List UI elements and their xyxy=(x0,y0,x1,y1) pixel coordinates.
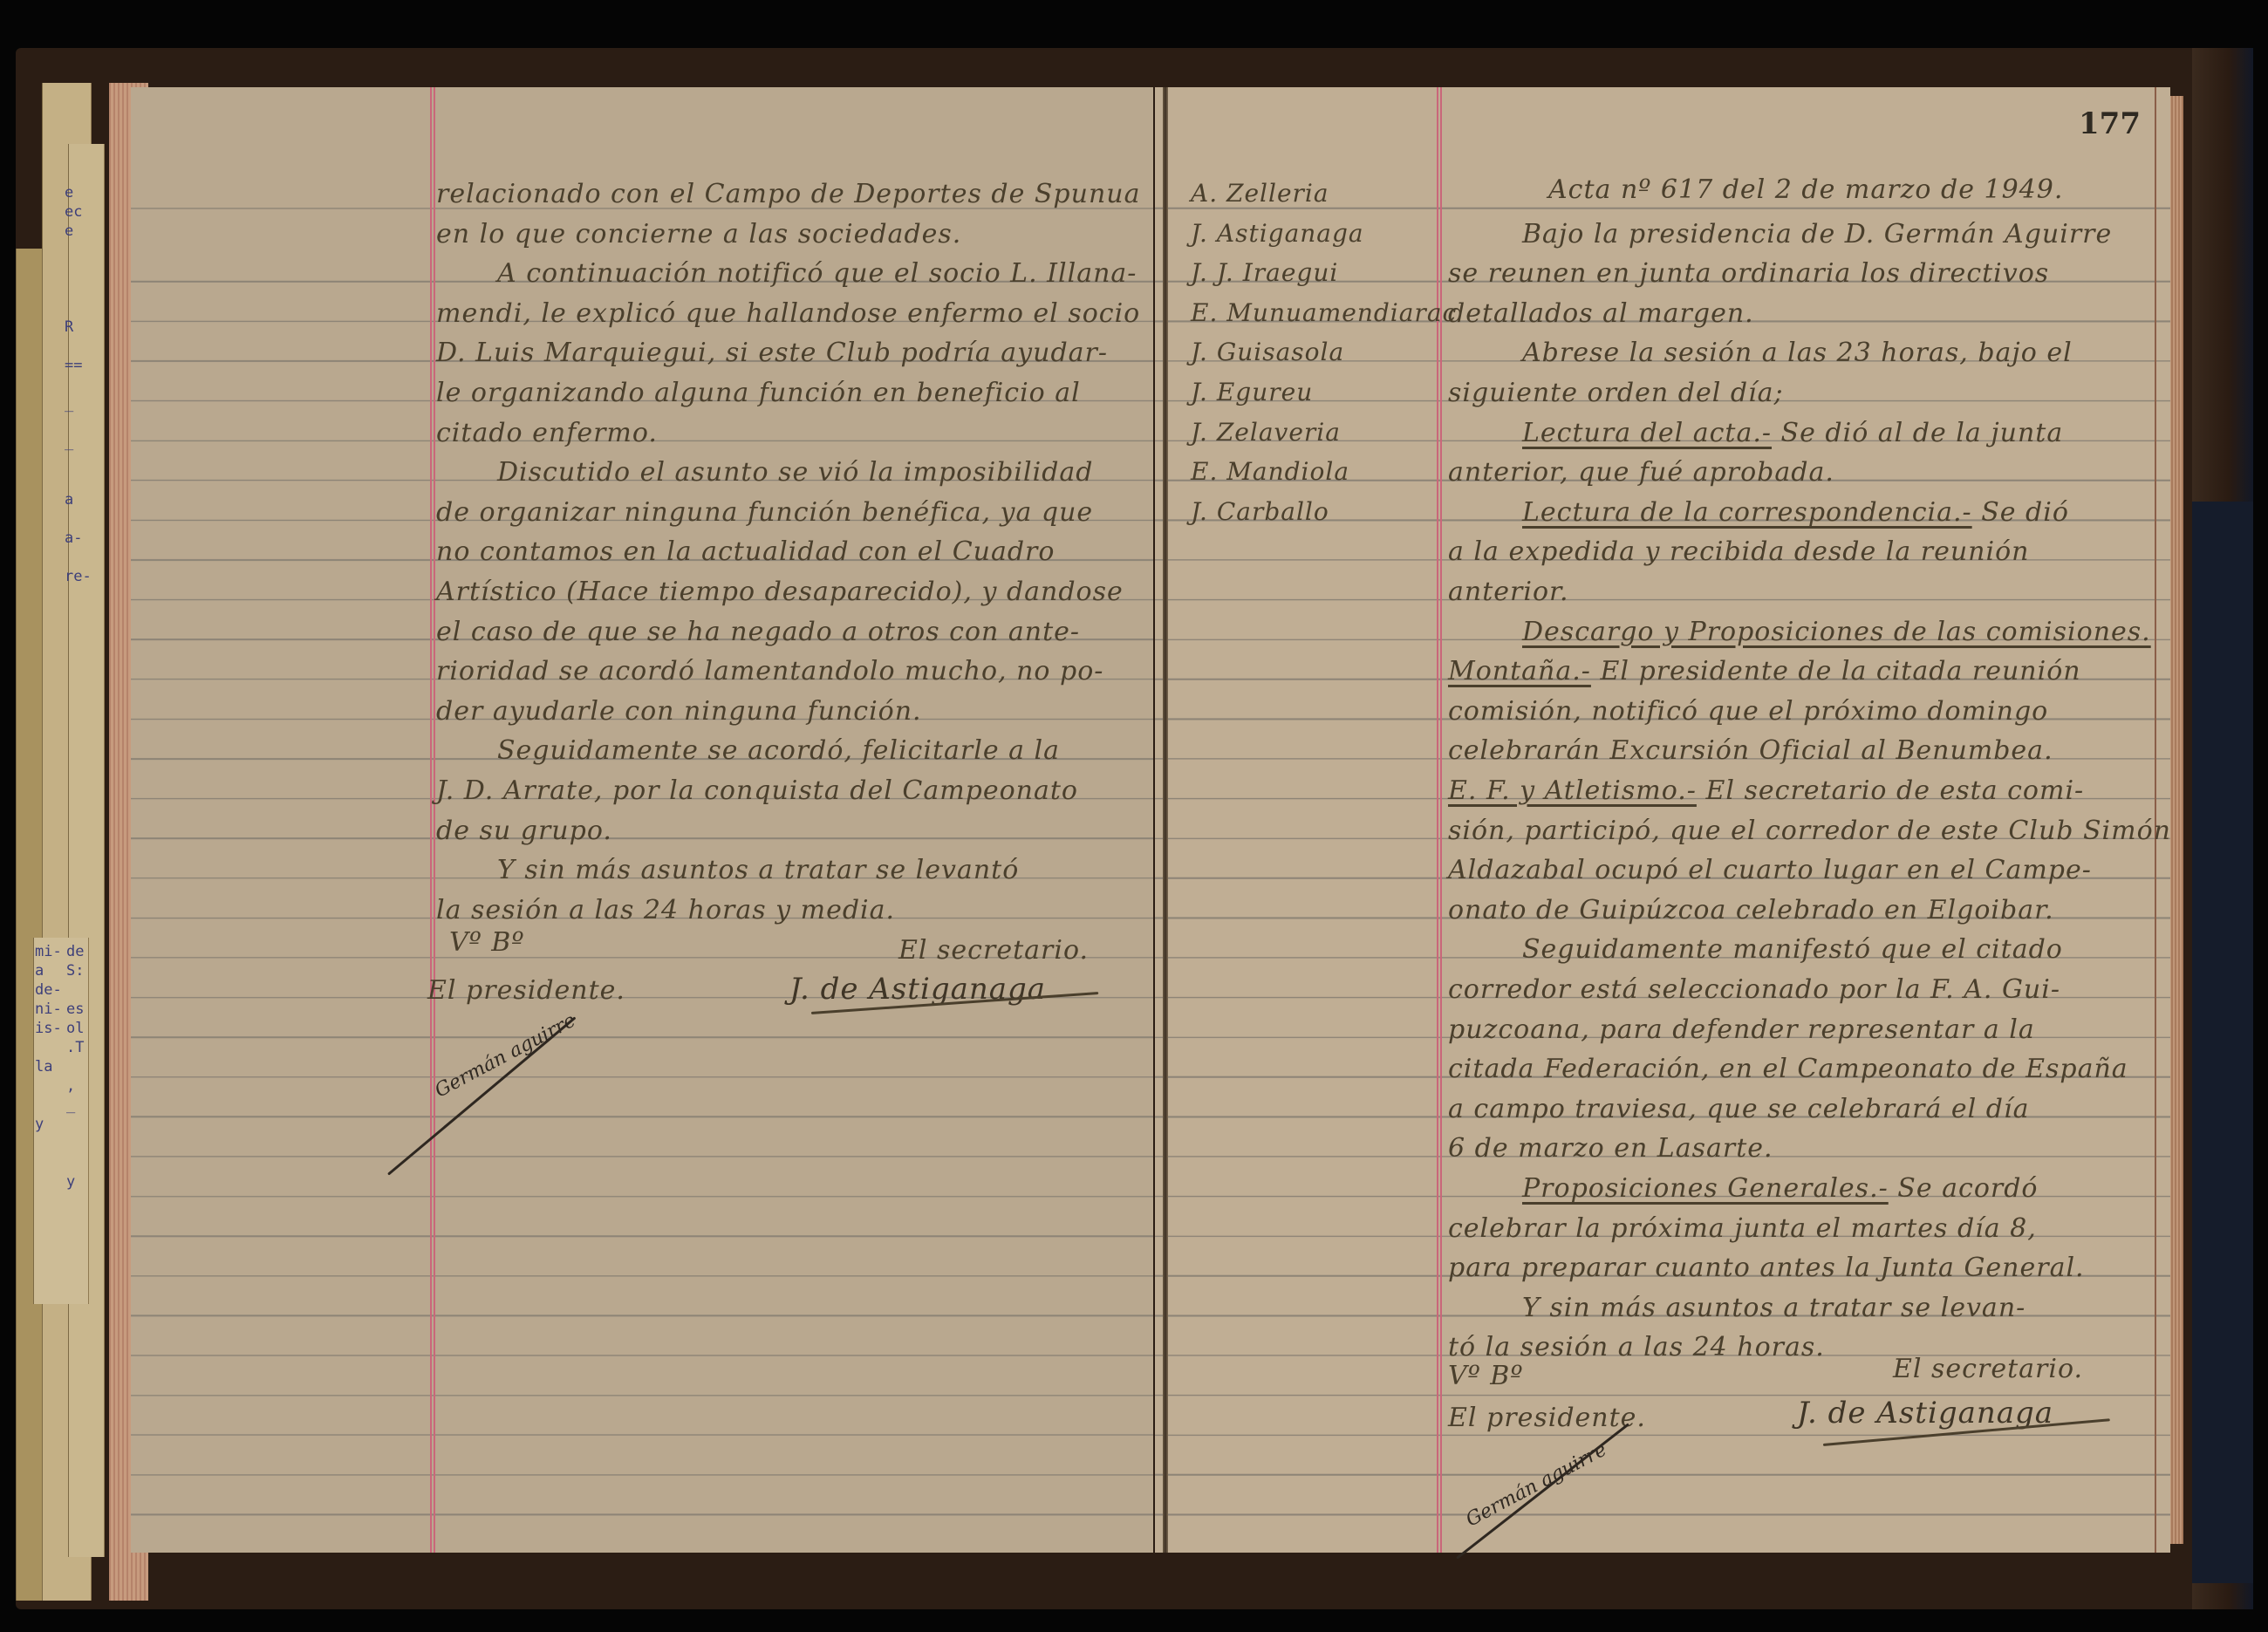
section-heading: E. F. y Atletismo.- xyxy=(1448,775,1697,806)
attendee-name: J. Astiganaga xyxy=(1191,219,1364,248)
right-page-line: a campo traviesa, que se celebrará el dí… xyxy=(1448,1094,2029,1124)
left-page-line: el caso de que se ha negado a otros con … xyxy=(436,617,1080,647)
typed-fragment-c: de S: es ol .T , _ y xyxy=(66,942,84,1192)
line-text: a la expedida y recibida desde la reunió… xyxy=(1448,536,2029,567)
right-page-line: Y sin más asuntos a tratar se levan- xyxy=(1522,1293,2025,1323)
right-page-line: Lectura de la correspondencia.- Se dió xyxy=(1522,497,2069,528)
right-page-line: puzcoana, para defender representar a la xyxy=(1448,1014,2035,1045)
right-page-line: para preparar cuanto antes la Junta Gene… xyxy=(1448,1253,2085,1283)
line-text: corredor está seleccionado por la F. A. … xyxy=(1448,974,2060,1005)
line-text: anterior, que fué aprobada. xyxy=(1448,457,1834,488)
line-text: sión, participó, que el corredor de este… xyxy=(1448,816,2171,846)
right-page-line: onato de Guipúzcoa celebrado en Elgoibar… xyxy=(1448,895,2054,925)
line-text: para preparar cuanto antes la Junta Gene… xyxy=(1448,1253,2085,1283)
right-page-line: corredor está seleccionado por la F. A. … xyxy=(1448,974,2060,1005)
left-page-line: en lo que concierne a las sociedades. xyxy=(436,219,961,249)
line-text: Y sin más asuntos a tratar se levan- xyxy=(1522,1293,2025,1323)
right-page-line: Proposiciones Generales.- Se acordó xyxy=(1522,1173,2038,1204)
left-page-line: Discutido el asunto se vió la imposibili… xyxy=(497,457,1094,488)
line-text: citada Federación, en el Campeonato de E… xyxy=(1448,1054,2128,1084)
section-heading: Descargo y Proposiciones de las comision… xyxy=(1522,617,2151,647)
left-page-line: citado enfermo. xyxy=(436,418,658,448)
left-page-line: der ayudarle con ninguna función. xyxy=(436,696,922,727)
line-text: Seguidamente manifestó que el citado xyxy=(1522,934,2063,965)
right-page-line: Lectura del acta.- Se dió al de la junta xyxy=(1522,418,2063,448)
left-page-line: Seguidamente se acordó, felicitarle a la xyxy=(497,735,1060,766)
attendee-name: J. Guisasola xyxy=(1191,338,1344,366)
attendee-name: J. Carballo xyxy=(1191,497,1329,526)
attendee-name: E. Mandiola xyxy=(1191,457,1349,486)
line-text: onato de Guipúzcoa celebrado en Elgoibar… xyxy=(1448,895,2054,925)
minutes-title: Acta nº 617 del 2 de marzo de 1949. xyxy=(1548,174,2063,205)
right-page-line: siguiente orden del día; xyxy=(1448,378,1784,408)
section-heading: Lectura de la correspondencia.- xyxy=(1522,497,1972,528)
line-text: celebrar la próxima junta el martes día … xyxy=(1448,1213,2037,1244)
section-heading: Proposiciones Generales.- xyxy=(1522,1173,1889,1204)
right-page-line: Seguidamente manifestó que el citado xyxy=(1522,934,2063,965)
left-page-line: no contamos en la actualidad con el Cuad… xyxy=(436,536,1055,567)
line-text: se reunen en junta ordinaria los directi… xyxy=(1448,258,2049,289)
line-text: El presidente de la citada reunión xyxy=(1591,656,2081,686)
president-label-left: El presidente. xyxy=(427,975,625,1006)
left-page-line: de su grupo. xyxy=(436,816,612,846)
line-text: El secretario de esta comi- xyxy=(1697,775,2084,806)
line-text: Se acordó xyxy=(1889,1173,2039,1204)
left-page-line: le organizando alguna función en benefic… xyxy=(436,378,1081,408)
line-text: detallados al margen. xyxy=(1448,298,1754,329)
right-page-line: detallados al margen. xyxy=(1448,298,1754,329)
left-page-line: relacionado con el Campo de Deportes de … xyxy=(436,179,1140,209)
left-page-line: de organizar ninguna función benéfica, y… xyxy=(436,497,1093,528)
attendee-name: J. Zelaveria xyxy=(1191,418,1341,447)
right-page-line: celebrar la próxima junta el martes día … xyxy=(1448,1213,2037,1244)
right-page-line: comisión, notificó que el próximo doming… xyxy=(1448,696,2048,727)
right-page-line: anterior, que fué aprobada. xyxy=(1448,457,1834,488)
page-number: 177 xyxy=(2079,106,2141,141)
left-page-line: mendi, le explicó que hallandose enfermo… xyxy=(436,298,1140,329)
typed-fragment-a: e ec e R == _ _ a a- re- xyxy=(65,183,92,586)
right-page-line: sión, participó, que el corredor de este… xyxy=(1448,816,2171,846)
typed-fragment-b: mi- a de- ni- is- la y xyxy=(35,942,62,1134)
right-page-line: anterior. xyxy=(1448,577,1569,607)
attendee-name: J. J. Iraegui xyxy=(1191,258,1338,287)
vobo-label-left: Vº Bº xyxy=(449,927,524,958)
right-page-line: se reunen en junta ordinaria los directi… xyxy=(1448,258,2049,289)
left-page-line: D. Luis Marquiegui, si este Club podría … xyxy=(436,338,1108,368)
left-page-red-margin xyxy=(430,87,435,1553)
book-cover-right-edge xyxy=(2192,48,2253,1609)
secretary-signature-right: J. de Astiganaga xyxy=(1797,1396,2053,1431)
right-page-line: Montaña.- El presidente de la citada reu… xyxy=(1448,656,2081,686)
right-page-line: Bajo la presidencia de D. Germán Aguirre xyxy=(1522,219,2112,249)
line-text: a campo traviesa, que se celebrará el dí… xyxy=(1448,1094,2029,1124)
right-page-line: Abrese la sesión a las 23 horas, bajo el xyxy=(1522,338,2073,368)
left-page-line: J. D. Arrate, por la conquista del Campe… xyxy=(436,775,1078,806)
line-text: Bajo la presidencia de D. Germán Aguirre xyxy=(1522,219,2112,249)
right-page-line: E. F. y Atletismo.- El secretario de est… xyxy=(1448,775,2084,806)
torn-typed-pages: e ec e R == _ _ a a- re- mi- a de- ni- i… xyxy=(16,65,112,1609)
left-page-line: Artístico (Hace tiempo desaparecido), y … xyxy=(436,577,1124,607)
line-text: Aldazabal ocupó el cuarto lugar en el Ca… xyxy=(1448,855,2092,885)
line-text: Se dió al de la junta xyxy=(1772,418,2063,448)
attendee-name: E. Munuamendiarac xyxy=(1191,298,1457,327)
section-heading: Lectura del acta.- xyxy=(1522,418,1772,448)
right-page-line: tó la sesión a las 24 horas. xyxy=(1448,1332,1825,1362)
secretary-signature-left: J. de Astiganaga xyxy=(789,972,1046,1007)
left-page-line: A continuación notificó que el socio L. … xyxy=(497,258,1137,289)
right-page-line: 6 de marzo en Lasarte. xyxy=(1448,1133,1773,1164)
attendee-name: J. Egureu xyxy=(1191,378,1313,406)
line-text: siguiente orden del día; xyxy=(1448,378,1784,408)
vobo-label-right: Vº Bº xyxy=(1448,1361,1523,1391)
secretary-label-left: El secretario. xyxy=(898,935,1089,966)
line-text: comisión, notificó que el próximo doming… xyxy=(1448,696,2048,727)
section-heading: Montaña.- xyxy=(1448,656,1591,686)
president-label-right: El presidente. xyxy=(1448,1403,1646,1433)
attendee-name: A. Zelleria xyxy=(1191,179,1329,208)
right-page-line: celebrarán Excursión Oficial al Benumbea… xyxy=(1448,735,2053,766)
line-text: Abrese la sesión a las 23 horas, bajo el xyxy=(1522,338,2073,368)
right-page-line: Aldazabal ocupó el cuarto lugar en el Ca… xyxy=(1448,855,2092,885)
line-text: 6 de marzo en Lasarte. xyxy=(1448,1133,1773,1164)
line-text: celebrarán Excursión Oficial al Benumbea… xyxy=(1448,735,2053,766)
line-text: puzcoana, para defender representar a la xyxy=(1448,1014,2035,1045)
line-text: tó la sesión a las 24 horas. xyxy=(1448,1332,1825,1362)
left-page-line: la sesión a las 24 horas y media. xyxy=(436,895,895,925)
right-page-line: citada Federación, en el Campeonato de E… xyxy=(1448,1054,2128,1084)
right-page-line: Descargo y Proposiciones de las comision… xyxy=(1522,617,2151,647)
secretary-label-right: El secretario. xyxy=(1893,1354,2083,1384)
line-text: anterior. xyxy=(1448,577,1569,607)
book-gutter xyxy=(1163,87,1168,1553)
left-page-line: rioridad se acordó lamentandolo mucho, n… xyxy=(436,656,1103,686)
right-page-line: a la expedida y recibida desde la reunió… xyxy=(1448,536,2029,567)
line-text: Se dió xyxy=(1972,497,2069,528)
left-page-line: Y sin más asuntos a tratar se levantó xyxy=(497,855,1019,885)
